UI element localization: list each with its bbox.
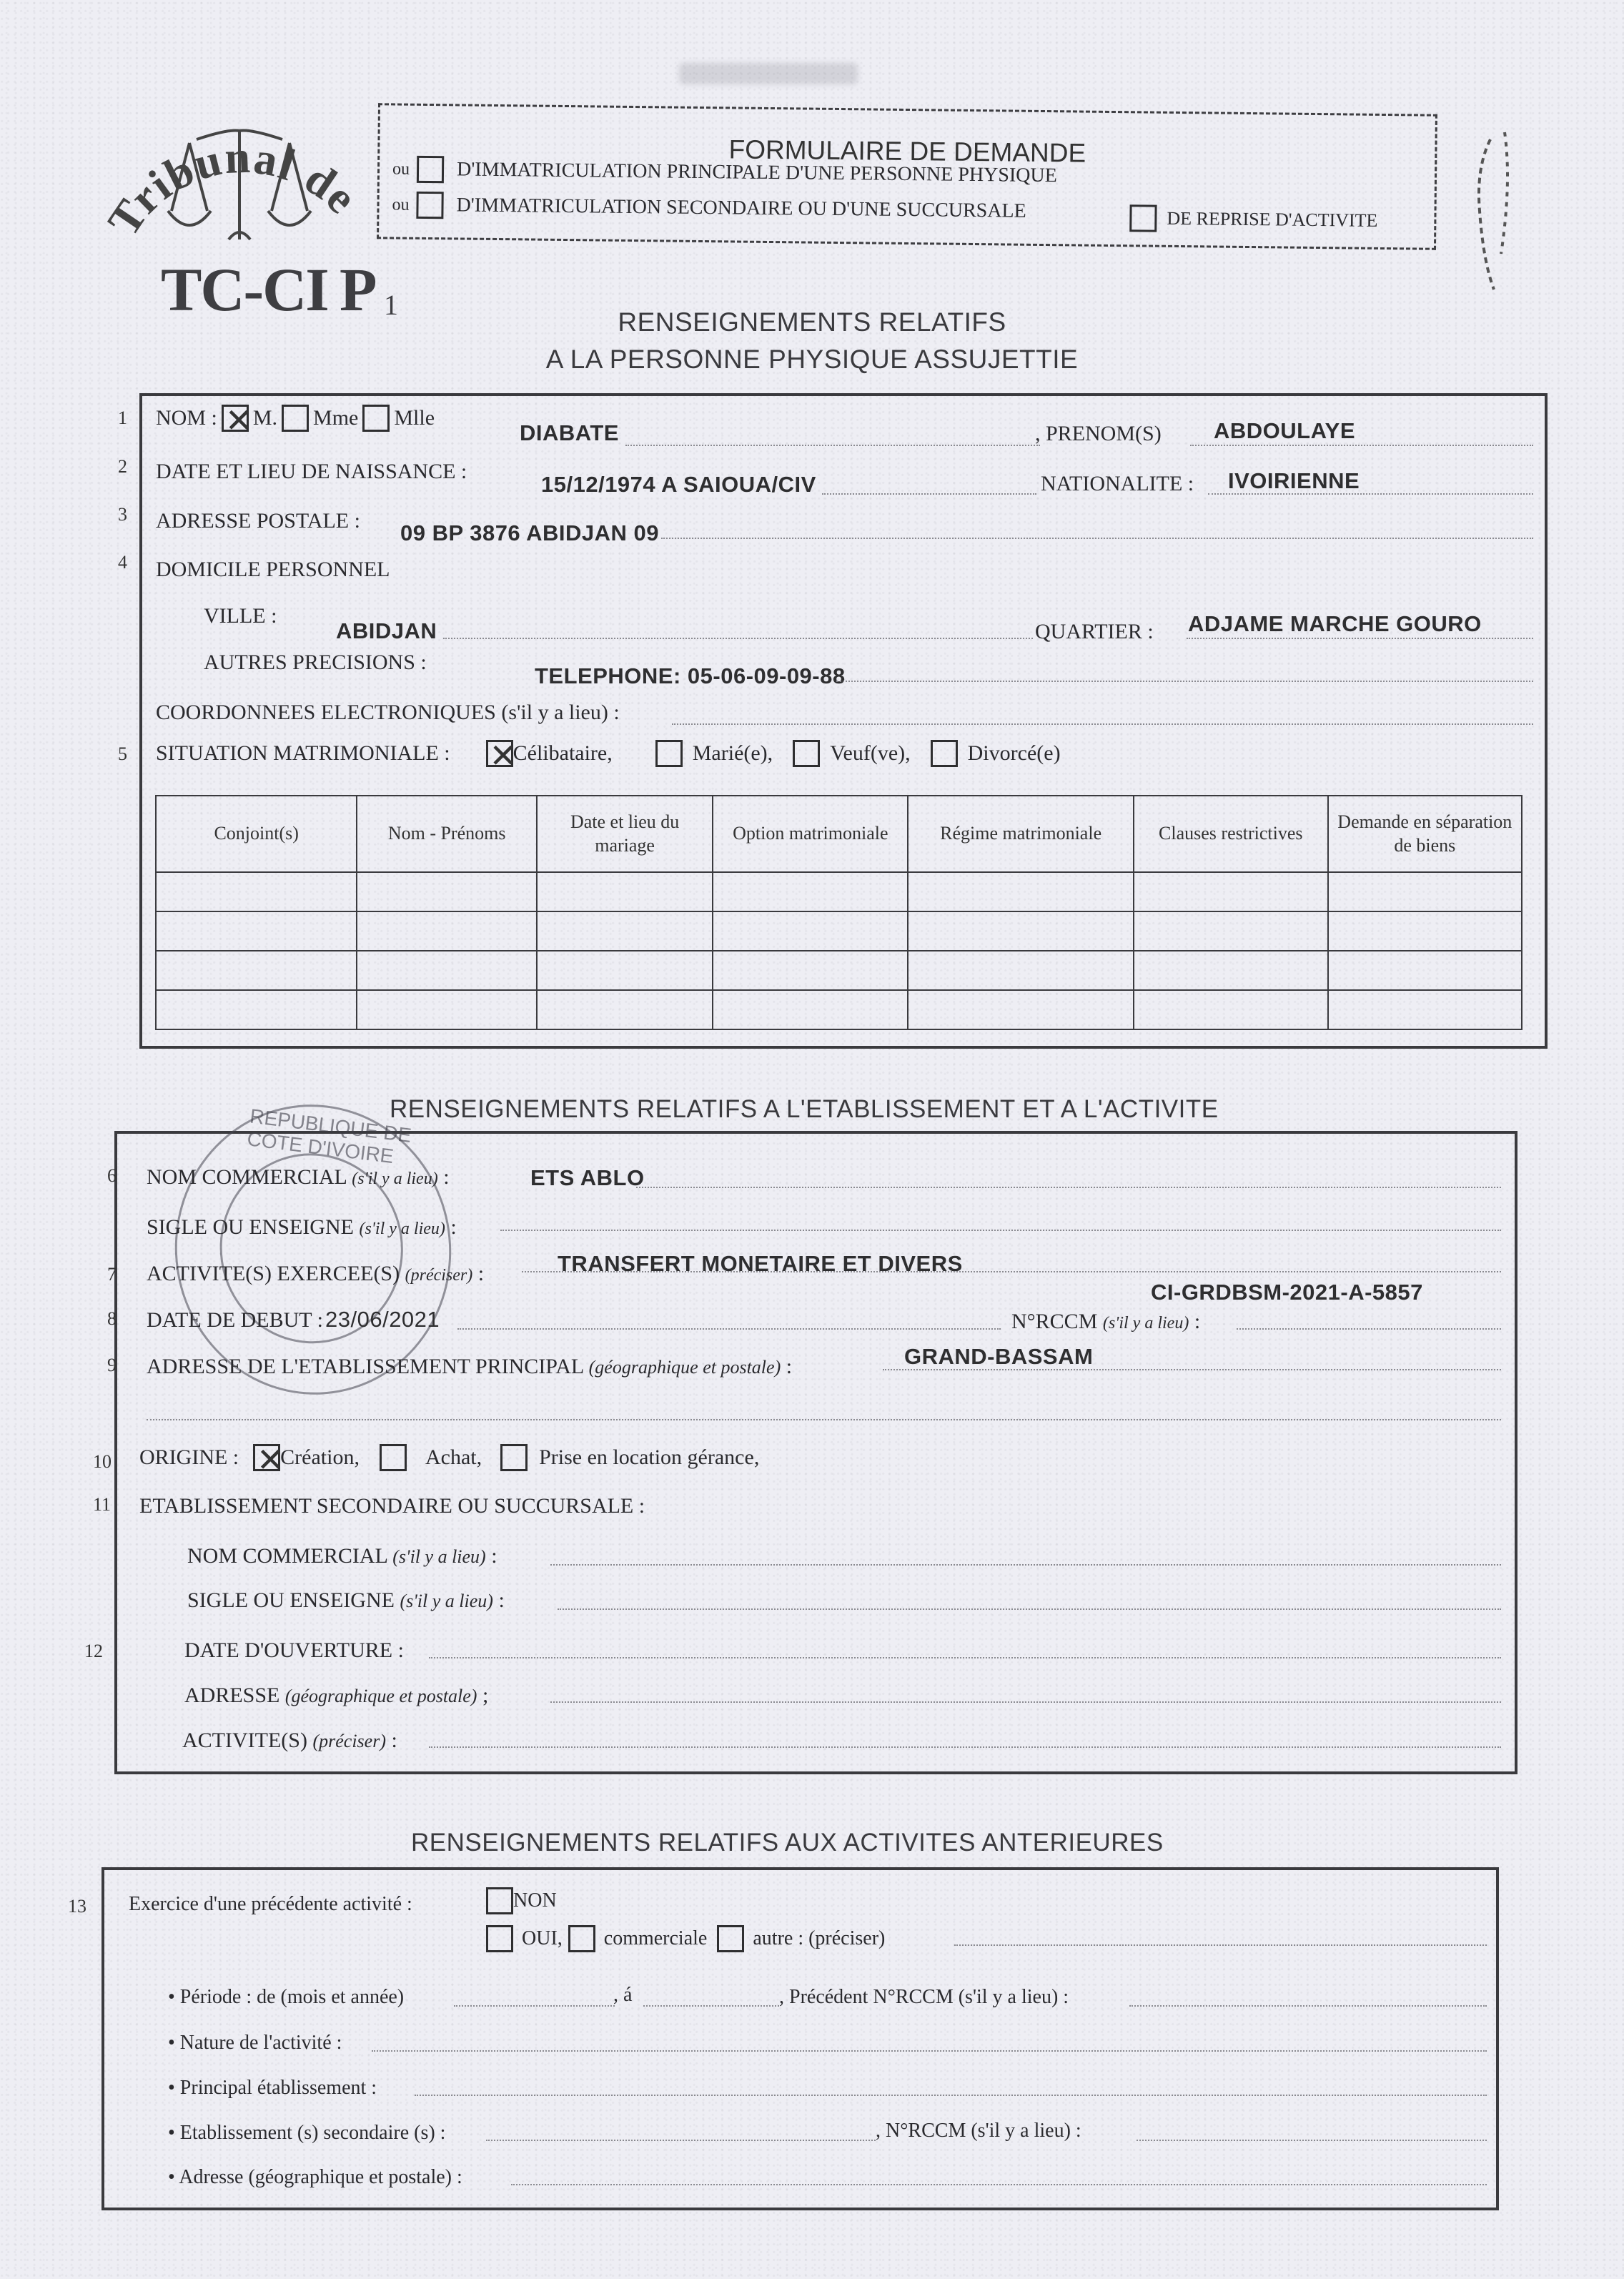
adresse-postale-field[interactable]: 09 BP 3876 ABIDJAN 09 xyxy=(400,520,659,546)
quartier-label: QUARTIER : xyxy=(1035,620,1154,644)
creation-label: Création, xyxy=(280,1445,360,1470)
nationalite-label: NATIONALITE : xyxy=(1041,472,1194,496)
autres-precisions-label: AUTRES PRECISIONS : xyxy=(204,651,427,675)
checkbox-oui[interactable] xyxy=(486,1925,513,1952)
civilite-m-label: M. xyxy=(253,406,277,430)
ville-field[interactable]: ABIDJAN xyxy=(336,618,437,644)
prenom-field[interactable]: ABDOULAYE xyxy=(1214,418,1355,444)
periode-label: • Période : de (mois et année) xyxy=(168,1986,404,2009)
spouse-table-cell[interactable] xyxy=(537,911,713,951)
adresse-etab-text: ADRESSE DE L'ETABLISSEMENT PRINCIPAL xyxy=(147,1355,583,1378)
spouse-table-cell[interactable] xyxy=(713,951,908,990)
checkbox-achat[interactable] xyxy=(380,1444,407,1471)
activite-field[interactable]: TRANSFERT MONETAIRE ET DIVERS xyxy=(558,1251,963,1277)
spouse-table-cell[interactable] xyxy=(537,951,713,990)
line-number: 11 xyxy=(93,1494,111,1516)
spouse-table-cell[interactable] xyxy=(713,872,908,911)
or-label: ou xyxy=(392,195,409,214)
spouse-table-row xyxy=(156,872,1522,911)
adresse-etab-line2[interactable] xyxy=(147,1419,1501,1420)
spouse-table-cell[interactable] xyxy=(357,911,537,951)
sec-nom-label: NOM COMMERCIAL (s'il y a lieu) : xyxy=(187,1544,497,1568)
checkbox-reprise[interactable] xyxy=(1129,204,1157,232)
sigle-hint: (s'il y a lieu) xyxy=(359,1220,445,1238)
ant-adresse-label: • Adresse (géographique et postale) : xyxy=(168,2166,462,2189)
option-secondaire-label: D'IMMATRICULATION SECONDAIRE OU D'UNE SU… xyxy=(456,194,1026,222)
scan-smudge xyxy=(679,63,858,84)
autres-precisions-field[interactable]: TELEPHONE: 05-06-09-09-88 xyxy=(535,663,846,689)
rccm-label: N°RCCM (s'il y a lieu) : xyxy=(1011,1310,1200,1334)
section2-title: RENSEIGNEMENTS RELATIFS A L'ETABLISSEMEN… xyxy=(390,1095,1219,1124)
checkbox-veuf[interactable] xyxy=(793,740,820,767)
option-reprise[interactable]: DE REPRISE D'ACTIVITE xyxy=(1129,204,1377,234)
periode-de-field[interactable] xyxy=(454,2005,615,2007)
nom-commercial-field[interactable]: ETS ABLO xyxy=(530,1165,645,1191)
precedent-rccm-label: , Précédent N°RCCM (s'il y a lieu) : xyxy=(779,1986,1069,2009)
spouse-table-header: Conjoint(s) Nom - Prénoms Date et lieu d… xyxy=(156,796,1522,872)
adresse-etab-hint: (géographique et postale) xyxy=(589,1357,781,1378)
activite-text: ACTIVITE(S) EXERCEE(S) xyxy=(147,1262,400,1285)
sec-nom-hint: (s'il y a lieu) xyxy=(392,1546,485,1567)
divorce-label: Divorcé(e) xyxy=(968,741,1061,766)
spouse-table-cell[interactable] xyxy=(908,951,1134,990)
nom-commercial-text: NOM COMMERCIAL xyxy=(147,1165,347,1189)
checkbox-commerciale[interactable] xyxy=(568,1925,595,1952)
sec-activite-label: ACTIVITE(S) (préciser) : xyxy=(182,1729,397,1753)
checkbox-creation[interactable] xyxy=(253,1444,280,1471)
spouse-table-cell[interactable] xyxy=(357,872,537,911)
line-number: 5 xyxy=(118,743,127,765)
option-secondaire[interactable]: ou D'IMMATRICULATION SECONDAIRE OU D'UNE… xyxy=(392,191,1026,224)
commerciale-label: commerciale xyxy=(604,1927,708,1950)
prenom-label: , PRENOM(S) xyxy=(1035,422,1162,446)
principal-label: • Principal établissement : xyxy=(168,2077,377,2100)
naissance-field[interactable]: 15/12/1974 A SAIOUA/CIV xyxy=(541,472,816,498)
svg-text:Tribunal de Commerce: Tribunal de Commerce xyxy=(104,61,368,244)
spouse-table-cell[interactable] xyxy=(1134,951,1328,990)
option-reprise-label: DE REPRISE D'ACTIVITE xyxy=(1167,208,1377,232)
checkbox-civilite-mme[interactable] xyxy=(282,405,309,432)
adresse-etab-line xyxy=(883,1369,1501,1370)
spouse-table-cell[interactable] xyxy=(1134,872,1328,911)
tribunal-logo: Tribunal de Commerce TC-CI P 1 xyxy=(104,61,411,325)
line-number: 4 xyxy=(118,552,127,573)
sec-rccm-label: , N°RCCM (s'il y a lieu) : xyxy=(876,2120,1081,2142)
spouse-table-cell[interactable] xyxy=(1134,990,1328,1029)
activite-line xyxy=(522,1271,1501,1272)
rccm-line xyxy=(1237,1328,1501,1330)
line-number: 6 xyxy=(107,1165,117,1187)
spouse-table-row xyxy=(156,911,1522,951)
sec-sigle-text: SIGLE OU ENSEIGNE xyxy=(187,1588,395,1612)
sec-adresse-label: ADRESSE (géographique et postale) ; xyxy=(184,1684,488,1708)
oui-group: OUI, commerciale autre : (préciser) xyxy=(486,1925,885,1952)
checkbox-non[interactable] xyxy=(486,1887,513,1914)
checkbox-civilite-m[interactable] xyxy=(222,405,249,432)
spouse-table-cell[interactable] xyxy=(908,911,1134,951)
rccm-text: N°RCCM xyxy=(1011,1310,1097,1333)
spouse-table-cell[interactable] xyxy=(357,951,537,990)
sec-adresse-field[interactable] xyxy=(550,1701,1501,1703)
line-number: 1 xyxy=(118,407,127,429)
spouse-table-cell[interactable] xyxy=(537,990,713,1029)
checkbox-celibataire[interactable] xyxy=(486,740,513,767)
non-option[interactable]: NON xyxy=(486,1887,557,1914)
nom-field[interactable]: DIABATE xyxy=(520,420,619,446)
spouse-table-cell[interactable] xyxy=(713,911,908,951)
prenom-line xyxy=(1190,445,1533,446)
line-number: 7 xyxy=(107,1264,117,1285)
line-number: 12 xyxy=(84,1641,103,1662)
spouse-table-cell[interactable] xyxy=(156,872,357,911)
date-debut-line xyxy=(457,1328,1001,1330)
adresse-line xyxy=(661,538,1533,539)
line-number: 13 xyxy=(68,1896,86,1917)
civilite-group: NOM : M. Mme Mlle xyxy=(156,405,435,432)
section1-title-line2: A LA PERSONNE PHYSIQUE ASSUJETTIE xyxy=(0,345,1624,375)
etab-secondaire-label: • Etablissement (s) secondaire (s) : xyxy=(168,2122,445,2145)
line-number: 10 xyxy=(93,1451,112,1473)
request-type-box: FORMULAIRE DE DEMANDE ou D'IMMATRICULATI… xyxy=(377,103,1437,250)
oui-label: OUI, xyxy=(522,1927,563,1950)
sec-activite-field[interactable] xyxy=(429,1746,1501,1748)
adresse-postale-label: ADRESSE POSTALE : xyxy=(156,509,360,533)
rccm-field[interactable]: CI-GRDBSM-2021-A-5857 xyxy=(1151,1280,1423,1305)
line-number: 3 xyxy=(118,504,127,525)
line-number: 9 xyxy=(107,1355,117,1376)
civilite-mlle-label: Mlle xyxy=(394,406,435,430)
quartier-field[interactable]: ADJAME MARCHE GOURO xyxy=(1188,611,1482,637)
spouse-table-cell[interactable] xyxy=(156,990,357,1029)
location-gerance-label: Prise en location gérance, xyxy=(539,1445,759,1470)
checkbox-marie[interactable] xyxy=(655,740,683,767)
nature-field[interactable] xyxy=(372,2050,1487,2052)
spouse-table-cell[interactable] xyxy=(537,872,713,911)
adresse-etab-label: ADRESSE DE L'ETABLISSEMENT PRINCIPAL (gé… xyxy=(147,1355,792,1379)
col-clauses: Clauses restrictives xyxy=(1134,796,1328,872)
spouse-table: Conjoint(s) Nom - Prénoms Date et lieu d… xyxy=(155,795,1522,1030)
autres-line xyxy=(836,681,1533,682)
principal-field[interactable] xyxy=(415,2095,1487,2096)
line-number: 8 xyxy=(107,1308,117,1330)
checkbox-civilite-mlle[interactable] xyxy=(362,405,390,432)
origine-group: ORIGINE : Création, Achat, Prise en loca… xyxy=(139,1444,759,1471)
sec-date-field[interactable] xyxy=(429,1657,1501,1658)
nature-label: • Nature de l'activité : xyxy=(168,2032,342,2055)
spouse-table-cell[interactable] xyxy=(1328,872,1522,911)
sec-activite-hint: (préciser) xyxy=(312,1731,386,1751)
col-option: Option matrimoniale xyxy=(713,796,908,872)
checkbox-secondaire[interactable] xyxy=(416,192,443,219)
sec-sigle-hint: (s'il y a lieu) xyxy=(400,1591,492,1611)
ville-label: VILLE : xyxy=(204,604,277,628)
spouse-table-cell[interactable] xyxy=(1328,951,1522,990)
nom-commercial-label: NOM COMMERCIAL (s'il y a lieu) : xyxy=(147,1165,450,1190)
spouse-table-cell[interactable] xyxy=(908,872,1134,911)
activite-hint: (préciser) xyxy=(405,1266,473,1285)
spouse-table-cell[interactable] xyxy=(156,951,357,990)
sec-nom-field[interactable] xyxy=(550,1564,1501,1566)
sigle-text: SIGLE OU ENSEIGNE xyxy=(147,1215,354,1239)
nom-commercial-hint: (s'il y a lieu) xyxy=(352,1170,437,1188)
spouse-table-cell[interactable] xyxy=(713,990,908,1029)
date-debut-field[interactable]: 23/06/2021 xyxy=(325,1307,440,1333)
or-label: ou xyxy=(392,159,410,179)
etab-secondaire-field[interactable] xyxy=(486,2140,876,2141)
marie-label: Marié(e), xyxy=(693,741,773,766)
nationalite-line xyxy=(1208,493,1533,495)
spouse-table-cell[interactable] xyxy=(1328,990,1522,1029)
spouse-table-row xyxy=(156,990,1522,1029)
checkbox-location-gerance[interactable] xyxy=(500,1444,528,1471)
precedent-rccm-field[interactable] xyxy=(1129,2005,1487,2007)
sec-nom-text: NOM COMMERCIAL xyxy=(187,1544,387,1568)
nom-line xyxy=(625,445,1040,446)
spouse-table-row xyxy=(156,951,1522,990)
col-nom-prenoms: Nom - Prénoms xyxy=(357,796,537,872)
activite-label: ACTIVITE(S) EXERCEE(S) (préciser) : xyxy=(147,1262,484,1286)
logo-arc-text: Tribunal de Commerce xyxy=(104,61,368,244)
option-principal-label: D'IMMATRICULATION PRINCIPALE D'UNE PERSO… xyxy=(457,158,1057,187)
spouse-table-cell[interactable] xyxy=(357,990,537,1029)
col-date-mariage: Date et lieu du mariage xyxy=(537,796,713,872)
rccm-hint: (s'il y a lieu) xyxy=(1103,1314,1189,1333)
sec-sigle-label: SIGLE OU ENSEIGNE (s'il y a lieu) : xyxy=(187,1588,505,1613)
sec-activite-text: ACTIVITE(S) xyxy=(182,1729,307,1752)
col-regime: Régime matrimoniale xyxy=(908,796,1134,872)
non-label: NON xyxy=(513,1889,557,1912)
spouse-table-cell[interactable] xyxy=(908,990,1134,1029)
autre-label: autre : (préciser) xyxy=(753,1927,885,1950)
checkbox-autre[interactable] xyxy=(717,1925,744,1952)
col-separation: Demande en séparation de biens xyxy=(1328,796,1522,872)
periode-a-field[interactable] xyxy=(643,2005,779,2007)
nom-label: NOM : xyxy=(156,406,217,430)
coordonnees-label: COORDONNEES ELECTRONIQUES (s'il y a lieu… xyxy=(156,701,620,725)
spouse-table-cell[interactable] xyxy=(1328,911,1522,951)
naissance-line xyxy=(822,493,1036,495)
civilite-mme-label: Mme xyxy=(313,406,358,430)
veuf-label: Veuf(ve), xyxy=(830,741,910,766)
naissance-label: DATE ET LIEU DE NAISSANCE : xyxy=(156,460,467,484)
checkbox-principal[interactable] xyxy=(417,156,444,183)
sigle-label: SIGLE OU ENSEIGNE (s'il y a lieu) : xyxy=(147,1215,457,1240)
sec-date-label: DATE D'OUVERTURE : xyxy=(184,1638,404,1663)
scribble-mark xyxy=(1458,125,1522,311)
coordonnees-field[interactable] xyxy=(672,723,1533,725)
sec-adresse-hint: (géographique et postale) xyxy=(285,1686,477,1706)
section1-title-line1: RENSEIGNEMENTS RELATIFS xyxy=(0,307,1624,337)
adresse-etab-field[interactable]: GRAND-BASSAM xyxy=(904,1344,1093,1370)
line-number: 2 xyxy=(118,456,127,478)
quartier-line xyxy=(1187,638,1533,639)
secondaire-label: ETABLISSEMENT SECONDAIRE OU SUCCURSALE : xyxy=(139,1494,645,1518)
section3-title: RENSEIGNEMENTS RELATIFS AUX ACTIVITES AN… xyxy=(411,1829,1164,1857)
sigle-field[interactable] xyxy=(500,1230,1501,1231)
achat-label: Achat, xyxy=(425,1445,482,1470)
date-debut-label: DATE DE DEBUT : xyxy=(147,1308,323,1333)
ville-line xyxy=(443,638,1033,639)
situation-label: SITUATION MATRIMONIALE : xyxy=(156,741,450,766)
sec-sigle-field[interactable] xyxy=(558,1608,1501,1610)
nom-commercial-line xyxy=(636,1187,1501,1188)
situation-group: SITUATION MATRIMONIALE : Célibataire, Ma… xyxy=(156,740,1061,767)
autre-field[interactable] xyxy=(954,1944,1487,1946)
ant-adresse-field[interactable] xyxy=(511,2184,1487,2185)
sec-adresse-text: ADRESSE xyxy=(184,1684,279,1707)
exercice-label: Exercice d'une précédente activité : xyxy=(129,1893,412,1916)
sec-rccm-field[interactable] xyxy=(1137,2140,1487,2141)
spouse-table-cell[interactable] xyxy=(156,911,357,951)
spouse-table-cell[interactable] xyxy=(1134,911,1328,951)
nationalite-field[interactable]: IVOIRIENNE xyxy=(1228,468,1360,494)
col-conjoint: Conjoint(s) xyxy=(156,796,357,872)
origine-label: ORIGINE : xyxy=(139,1445,239,1470)
domicile-label: DOMICILE PERSONNEL xyxy=(156,558,390,582)
checkbox-divorce[interactable] xyxy=(931,740,958,767)
a-label: , á xyxy=(613,1984,632,2007)
celibataire-label: Célibataire, xyxy=(513,741,613,766)
